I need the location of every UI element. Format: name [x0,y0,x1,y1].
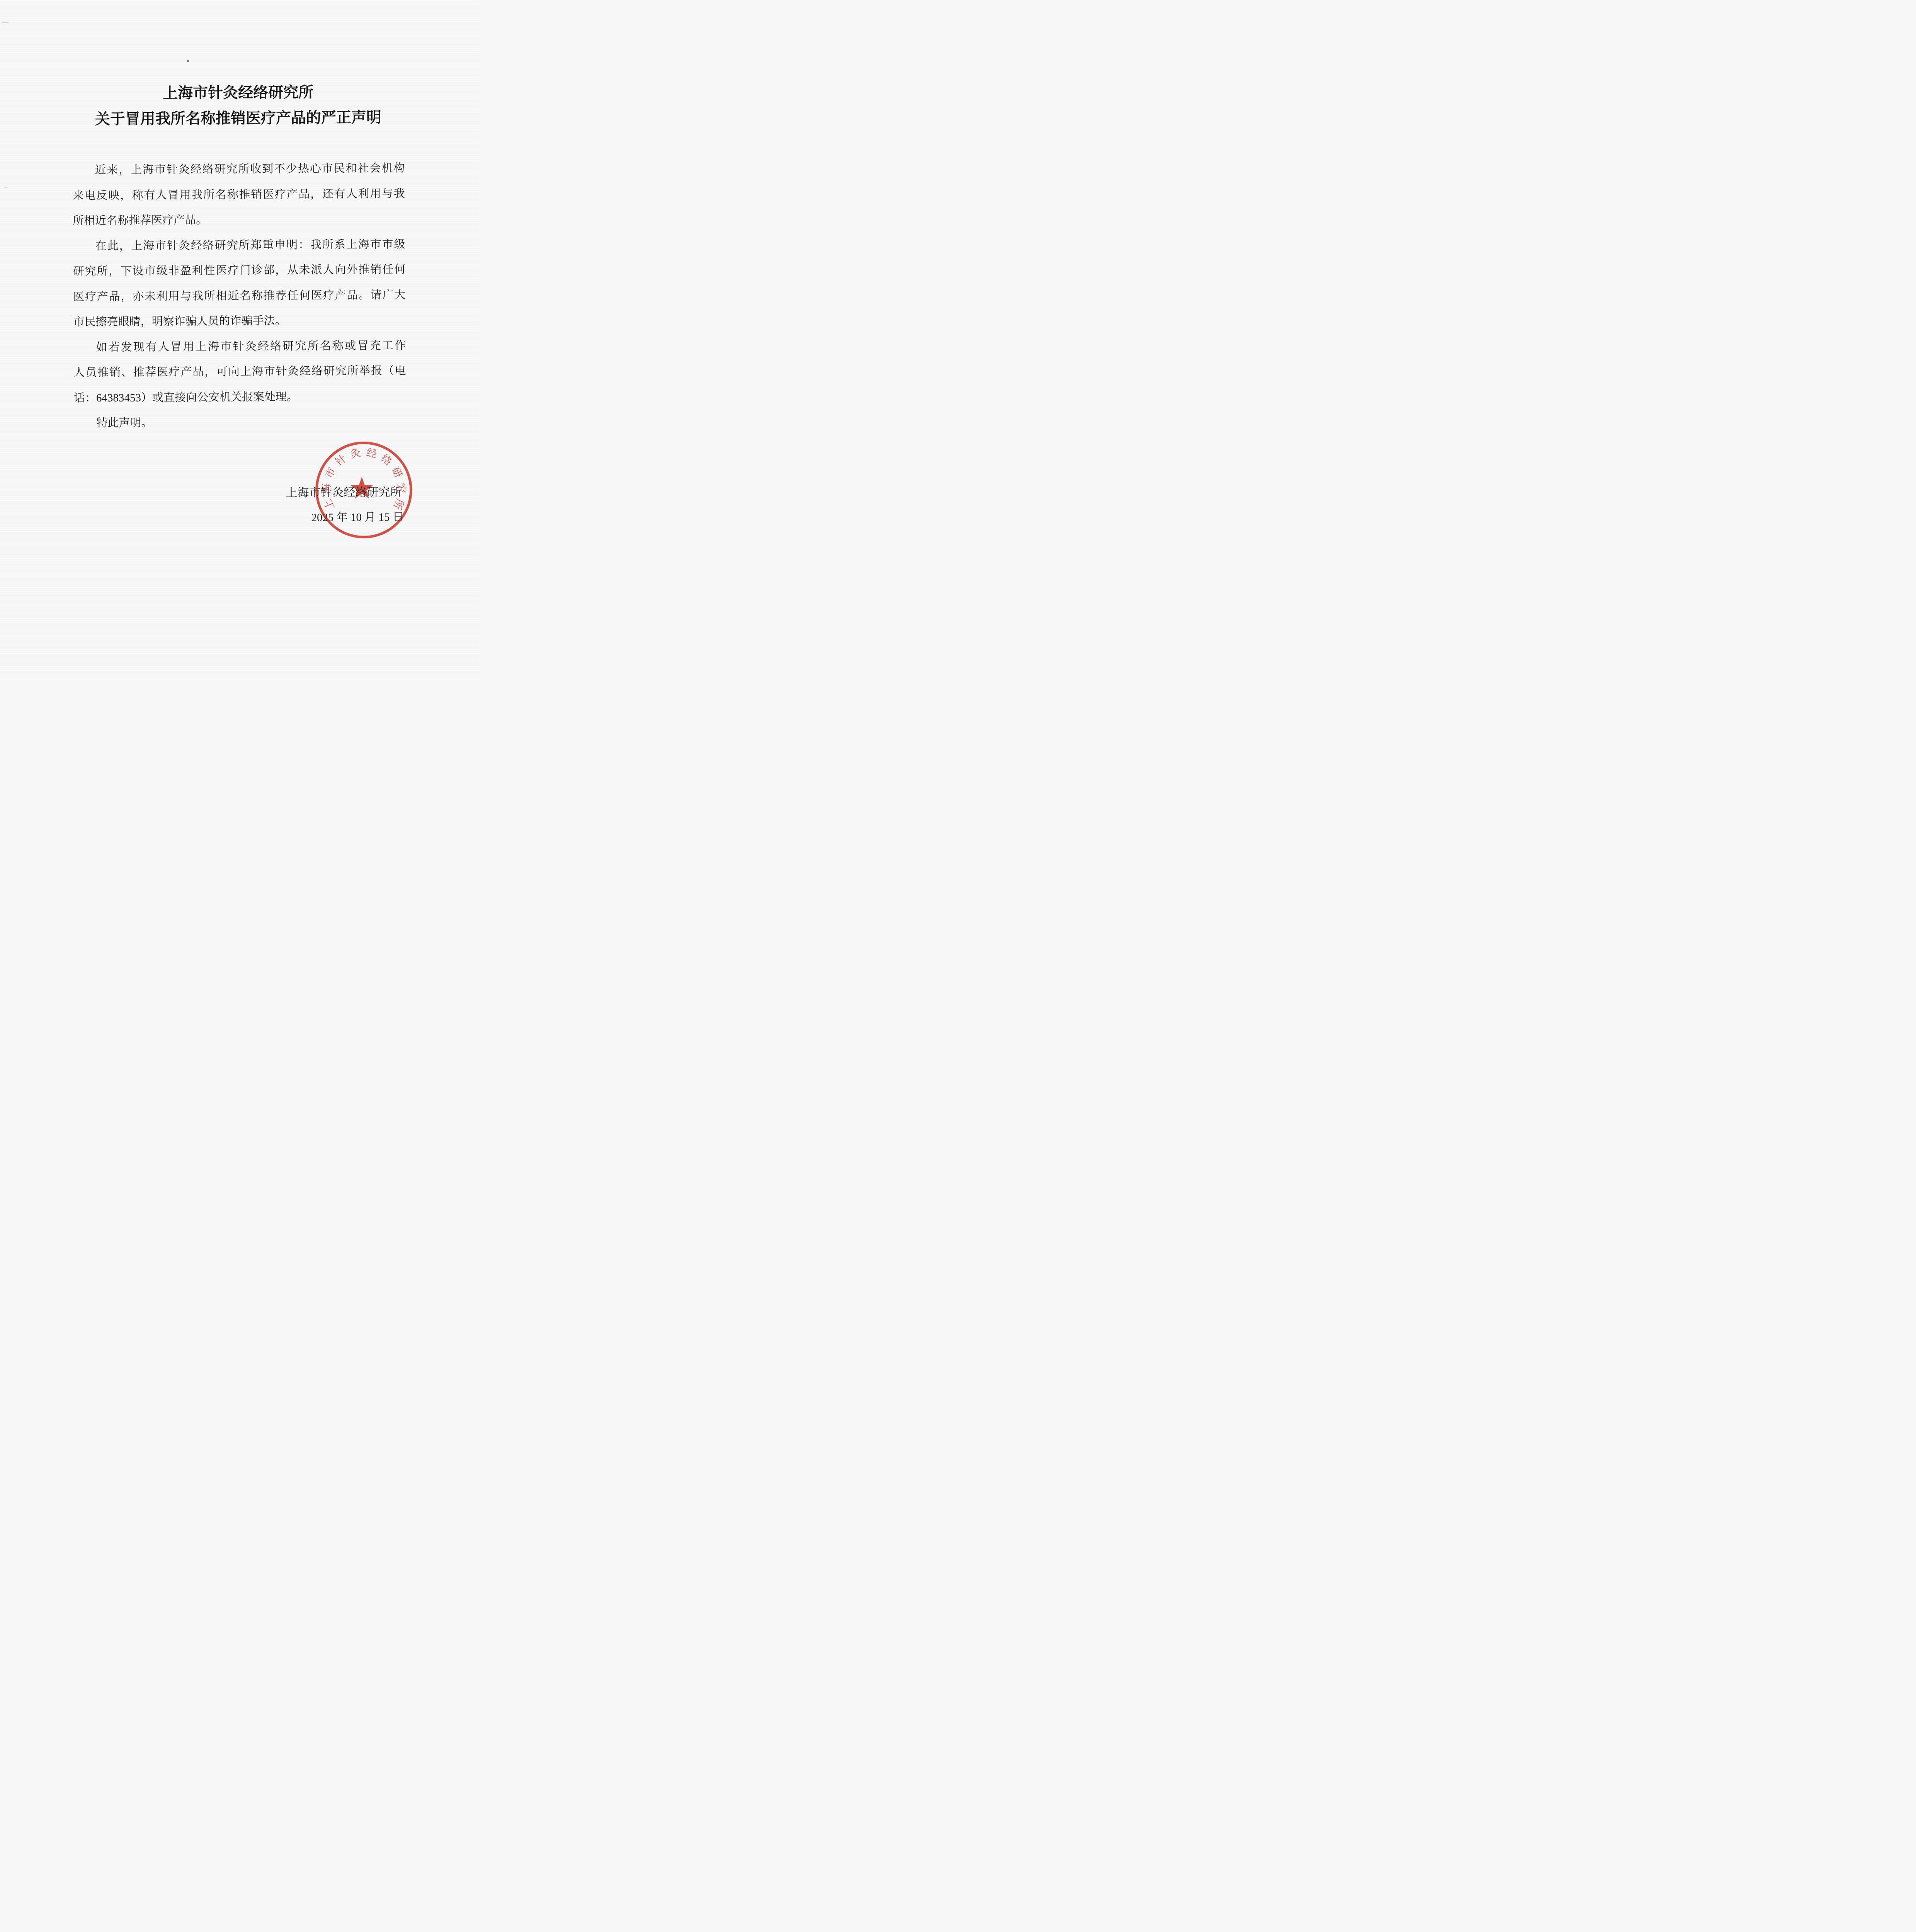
seal-char: 络 [379,452,394,468]
title-line-2: 关于冒用我所名称推销医疗产品的严正声明 [0,104,478,133]
body-line: 市民擦亮眼睛，明察诈骗人员的诈骗手法。 [73,308,406,335]
body-line: 人员推销、推荐医疗产品，可向上海市针灸经络研究所举报（电 [73,358,406,386]
seal-char: 研 [390,465,405,480]
seal-char: 针 [333,452,349,468]
body-line: 来电反映，称有人冒用我所名称推销医疗产品，还有人利用与我 [73,181,405,209]
document-page: 上海市针灸经络研究所 上海市针灸经络研究所 关于冒用我所名称推销医疗产品的严正声… [0,0,479,678]
body-line: 近来，上海市针灸经络研究所收到不少热心市民和社会机构 [72,156,405,183]
seal-char: 市 [323,466,338,480]
body-line: 如若发现有人冒用上海市针灸经络研究所名称或冒充工作 [73,333,406,361]
statement-body: 近来，上海市针灸经络研究所收到不少热心市民和社会机构 来电反映，称有人冒用我所名… [72,156,406,436]
document-title: 上海市针灸经络研究所 关于冒用我所名称推销医疗产品的严正声明 [0,79,478,133]
signature-date: 2025 年 10 月 15 日 [75,504,407,532]
body-line: 研究所，下设市级非盈利性医疗门诊部，从未派人向外推销任何 [73,257,405,284]
scan-artifact [1,22,9,23]
title-line-1: 上海市针灸经络研究所 [0,79,478,107]
seal-char: 经 [365,447,378,460]
signature-name: 上海市针灸经络研究所 [74,480,407,507]
scanned-content: 上海市针灸经络研究所 上海市针灸经络研究所 关于冒用我所名称推销医疗产品的严正声… [0,0,479,678]
body-line: 在此，上海市针灸经络研究所郑重申明：我所系上海市市级 [73,232,405,259]
body-line: 医疗产品，亦未利用与我所相近名称推荐任何医疗产品。请广大 [73,282,405,310]
seal-char: 灸 [349,447,362,460]
body-line: 特此声明。 [74,409,406,436]
scan-artifact [5,187,8,188]
body-line: 所相近名称推荐医疗产品。 [73,206,405,234]
scan-artifact [187,60,189,62]
body-line: 话：64383453）或直接向公安机关报案处理。 [74,384,406,411]
